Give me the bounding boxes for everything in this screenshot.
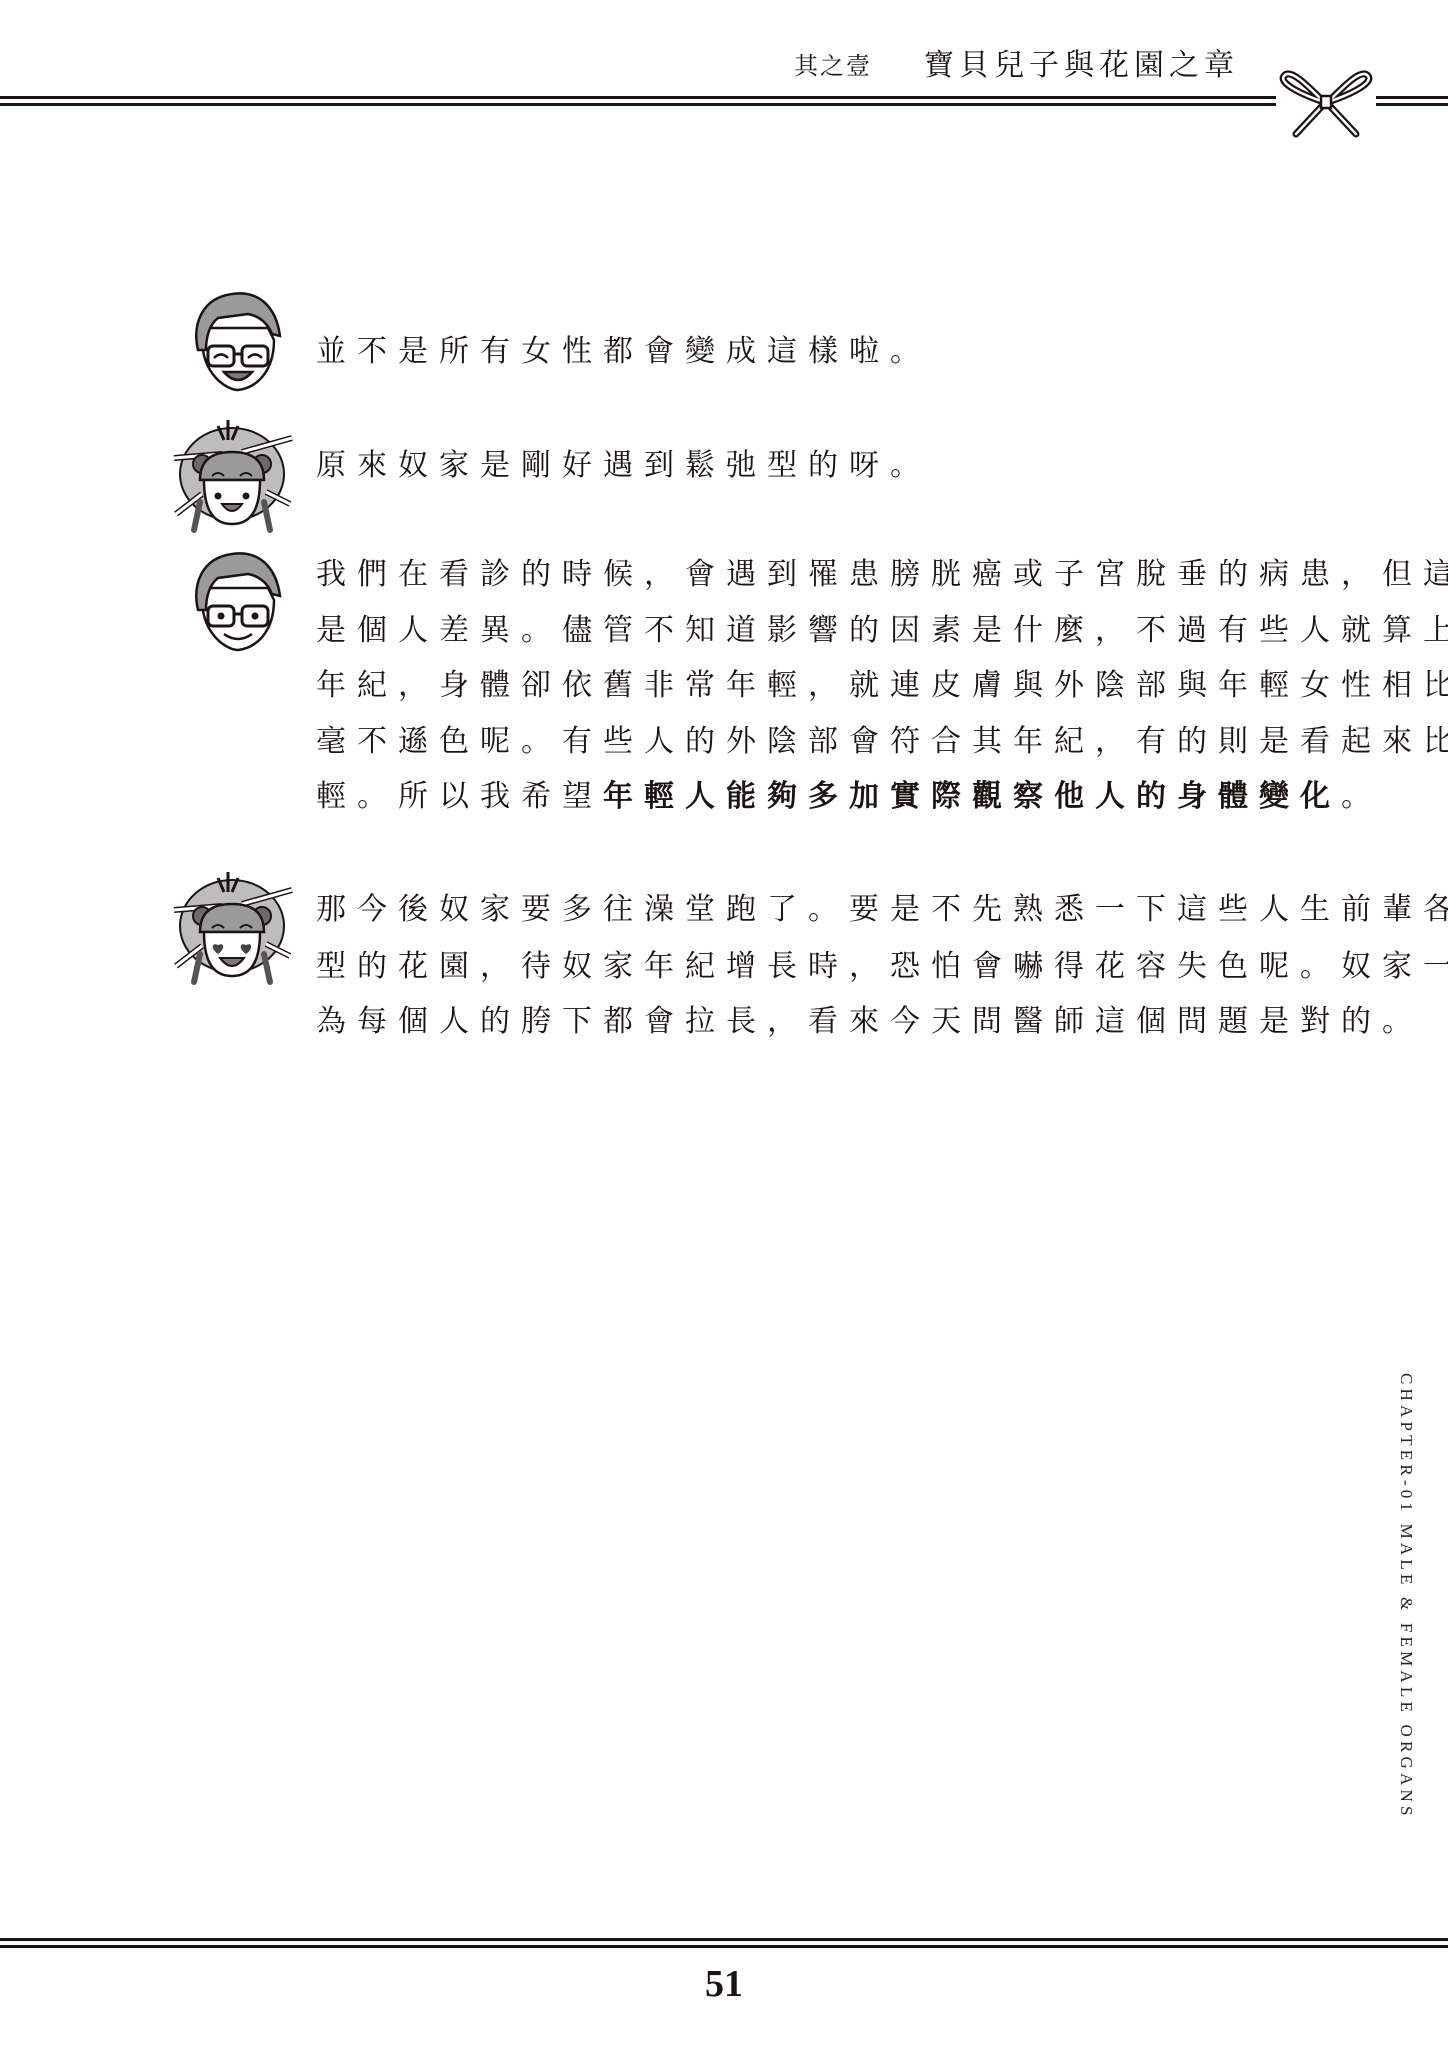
dialogue-text: 。 xyxy=(1341,779,1382,814)
ribbon-bow-icon xyxy=(1276,62,1376,142)
dialogue-line: 為每個人的胯下都會拉長，看來今天問醫師這個問題是對的。 xyxy=(316,1002,1423,1042)
dialogue-line: 輕。所以我希望年輕人能夠多加實際觀察他人的身體變化。 xyxy=(316,777,1382,817)
dialogue-line: 我們在看診的時候，會遇到罹患膀胱癌或子宮脫垂的病患，但這畢竟 xyxy=(316,555,1448,595)
side-chapter-text: CHAPTER-01 MALE & FEMALE ORGANS xyxy=(1396,1373,1416,1820)
footer-rule-bottom xyxy=(0,1945,1448,1948)
emphasized-text: 年輕人能夠多加實際觀察他人的身體變化 xyxy=(603,779,1341,814)
dialogue-line: 並不是所有女性都會變成這樣啦。 xyxy=(316,332,931,372)
chapter-title: 寶貝兒子與花園之章 xyxy=(924,46,1239,86)
dialogue-line: 那今後奴家要多往澡堂跑了。要是不先熟悉一下這些人生前輩各種類 xyxy=(316,890,1448,930)
page-number: 51 xyxy=(0,1962,1448,2006)
dialogue-line: 型的花園，待奴家年紀增長時，恐怕會嚇得花容失色呢。奴家一直以 xyxy=(316,947,1448,987)
doctor-laughing-avatar xyxy=(188,288,288,394)
dialogue-line: 原來奴家是剛好遇到鬆弛型的呀。 xyxy=(316,446,931,486)
courtesan-heart-eyes-avatar xyxy=(172,870,294,986)
doctor-smiling-avatar xyxy=(188,548,288,654)
footer-rule-top xyxy=(0,1938,1448,1941)
header-rule-top xyxy=(0,96,1448,99)
courtesan-smiling-avatar xyxy=(172,418,294,534)
dialogue-line: 毫不遜色呢。有些人的外陰部會符合其年紀，有的則是看起來比較年 xyxy=(316,722,1448,762)
side-chapter-label: CHAPTER-01 MALE & FEMALE ORGANS xyxy=(1388,1373,1418,1833)
dialogue-line: 是個人差異。儘管不知道影響的因素是什麼，不過有些人就算上了 xyxy=(316,611,1448,651)
dialogue-text: 輕。所以我希望 xyxy=(316,779,603,814)
dialogue-line: 年紀，身體卻依舊非常年輕，就連皮膚與外陰部與年輕女性相比也是 xyxy=(316,666,1448,706)
chapter-kicker: 其之壹 xyxy=(794,50,872,82)
header-rule-bottom xyxy=(0,103,1448,106)
